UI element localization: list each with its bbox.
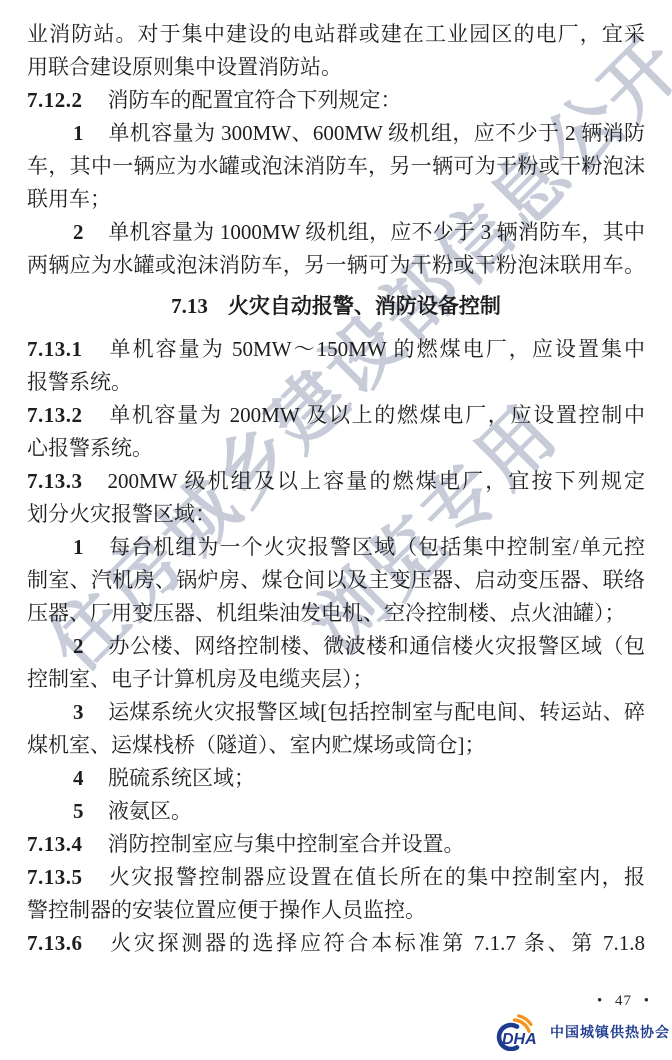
text-line: 制室、汽机房、锅炉房、煤仓间以及主变压器、启动变压器、联络变: [27, 564, 645, 597]
line-text: 单机容量为 200MW 及以上的燃煤电厂，应设置控制中: [108, 403, 646, 427]
line-text: 办公楼、网络控制楼、微波楼和通信楼火灾报警区域（包括: [73, 634, 645, 663]
line-text: 用联合建设原则集中设置消防站。: [27, 55, 342, 79]
line-text: 车，其中一辆应为水罐或泡沫消防车，另一辆可为干粉或干粉泡沫: [27, 154, 645, 178]
text-line: 2单机容量为 1000MW 级机组，应不少于 3 辆消防车，其中: [27, 216, 645, 249]
line-text: 每台机组为一个火灾报警区域（包括集中控制室/单元控: [108, 535, 645, 559]
line-text: 煤机室、运煤栈桥（隧道）、室内贮煤场或筒仓]；: [27, 733, 486, 757]
line-text: 联用车；: [27, 187, 111, 211]
text-line: 车，其中一辆应为水罐或泡沫消防车，另一辆可为干粉或干粉泡沫: [27, 150, 645, 183]
text-line: 报警系统。: [27, 366, 645, 399]
text-line: 煤机室、运煤栈桥（隧道）、室内贮煤场或筒仓]；: [27, 729, 645, 762]
clause-number: 7.13.1: [27, 337, 83, 361]
clause-number: 2: [73, 634, 84, 658]
line-text: 运煤系统火灾报警区域[包括控制室与配电间、转运站、碎: [108, 700, 645, 724]
text-line: 7.13.1单机容量为 50MW～150MW 的燃煤电厂，应设置集中: [27, 333, 645, 366]
text-line: 两辆应为水罐或泡沫消防车，另一辆可为干粉或干粉泡沫联用车。: [27, 249, 645, 282]
clause-number: 7.13.3: [27, 469, 83, 493]
text-line: 7.13.3200MW 级机组及以上容量的燃煤电厂，宜按下列规定: [27, 465, 645, 498]
clause-number: 7.13.2: [27, 403, 83, 427]
line-text: 消防控制室应与集中控制室合并设置。: [108, 832, 465, 856]
line-text: 脱硫系统区域；: [108, 766, 255, 790]
text-line: 4脱硫系统区域；: [27, 762, 645, 795]
line-text: 200MW 级机组及以上容量的燃煤电厂，宜按下列规定: [108, 469, 646, 493]
text-line: 5液氨区。: [27, 795, 645, 828]
line-text: 液氨区。: [108, 799, 192, 823]
line-text: 划分火灾报警区域：: [27, 502, 216, 526]
section-heading: 7.13火灾自动报警、消防设备控制: [27, 290, 645, 323]
text-line: 1单机容量为 300MW、600MW 级机组，应不少于 2 辆消防: [27, 117, 645, 150]
clause-number: 3: [73, 700, 84, 724]
line-text: 单机容量为 300MW、600MW 级机组，应不少于 2 辆消防: [108, 121, 645, 145]
line-text: 报警系统。: [27, 370, 132, 394]
text-line: 3运煤系统火灾报警区域[包括控制室与配电间、转运站、碎: [27, 696, 645, 729]
text-line: 1每台机组为一个火灾报警区域（包括集中控制室/单元控: [27, 531, 645, 564]
page-number-text: • 47 •: [597, 993, 650, 1009]
clause-number: 4: [73, 766, 84, 790]
clause-number: 5: [73, 799, 84, 823]
line-text: 消防车的配置宜符合下列规定：: [108, 88, 402, 112]
line-text: 制室、汽机房、锅炉房、煤仓间以及主变压器、启动变压器、联络变: [27, 568, 645, 597]
association-logo: DHA 中国城镇供热协会: [489, 1012, 670, 1052]
clause-number: 1: [73, 535, 84, 559]
text-line: 控制室、电子计算机房及电缆夹层）；: [27, 663, 645, 696]
page-body: 业消防站。对于集中建设的电站群或建在工业园区的电厂，宜采用联合建设原则集中设置消…: [27, 18, 645, 960]
dha-logo-icon: DHA: [489, 1013, 545, 1051]
text-line: 7.13.4消防控制室应与集中控制室合并设置。: [27, 828, 645, 861]
clause-number: 7.13.6: [27, 931, 83, 955]
text-line: 警控制器的安装位置应便于操作人员监控。: [27, 894, 645, 927]
line-text: 压器、厂用变压器、机组柴油发电机、空冷控制楼、点火油罐）；: [27, 601, 626, 625]
logo-acronym-text: DHA: [502, 1031, 537, 1048]
line-text: 火灾自动报警、消防设备控制: [228, 294, 501, 318]
clause-number: 7.12.2: [27, 88, 83, 112]
text-line: 7.13.2单机容量为 200MW 及以上的燃煤电厂，应设置控制中: [27, 399, 645, 432]
text-line: 用联合建设原则集中设置消防站。: [27, 51, 645, 84]
clause-number: 1: [73, 121, 84, 145]
association-name: 中国城镇供热协会: [550, 1022, 670, 1042]
text-line: 7.13.6火灾探测器的选择应符合本标准第 7.1.7 条、第 7.1.8: [27, 927, 645, 960]
clause-number: 2: [73, 220, 84, 244]
line-text: 火灾报警控制器应设置在值长所在的集中控制室内，报: [108, 865, 646, 889]
text-line: 心报警系统。: [27, 432, 645, 465]
text-line: 压器、厂用变压器、机组柴油发电机、空冷控制楼、点火油罐）；: [27, 597, 645, 630]
line-text: 心报警系统。: [27, 436, 153, 460]
document-page: 住房城乡建设部信息公开 浏览专用 业消防站。对于集中建设的电站群或建在工业园区的…: [0, 0, 672, 1060]
clause-number: 7.13.4: [27, 832, 83, 856]
text-line: 2办公楼、网络控制楼、微波楼和通信楼火灾报警区域（包括: [27, 630, 645, 663]
line-text: 单机容量为 1000MW 级机组，应不少于 3 辆消防车，其中: [108, 220, 645, 244]
line-text: 业消防站。对于集中建设的电站群或建在工业园区的电厂，宜采: [27, 22, 645, 46]
page-number: • 47 •: [597, 993, 650, 1010]
line-text: 火灾探测器的选择应符合本标准第 7.1.7 条、第 7.1.8: [108, 931, 646, 955]
clause-number: 7.13.5: [27, 865, 83, 889]
text-line: 联用车；: [27, 183, 645, 216]
line-text: 两辆应为水罐或泡沫消防车，另一辆可为干粉或干粉泡沫联用车。: [27, 253, 645, 277]
clause-number: 7.13: [171, 294, 208, 318]
line-text: 警控制器的安装位置应便于操作人员监控。: [27, 898, 426, 922]
text-line: 7.13.5火灾报警控制器应设置在值长所在的集中控制室内，报: [27, 861, 645, 894]
text-line: 划分火灾报警区域：: [27, 498, 645, 531]
text-line: 业消防站。对于集中建设的电站群或建在工业园区的电厂，宜采: [27, 18, 645, 51]
line-text: 控制室、电子计算机房及电缆夹层）；: [27, 667, 374, 691]
text-line: 7.12.2消防车的配置宜符合下列规定：: [27, 84, 645, 117]
line-text: 单机容量为 50MW～150MW 的燃煤电厂，应设置集中: [108, 337, 646, 361]
